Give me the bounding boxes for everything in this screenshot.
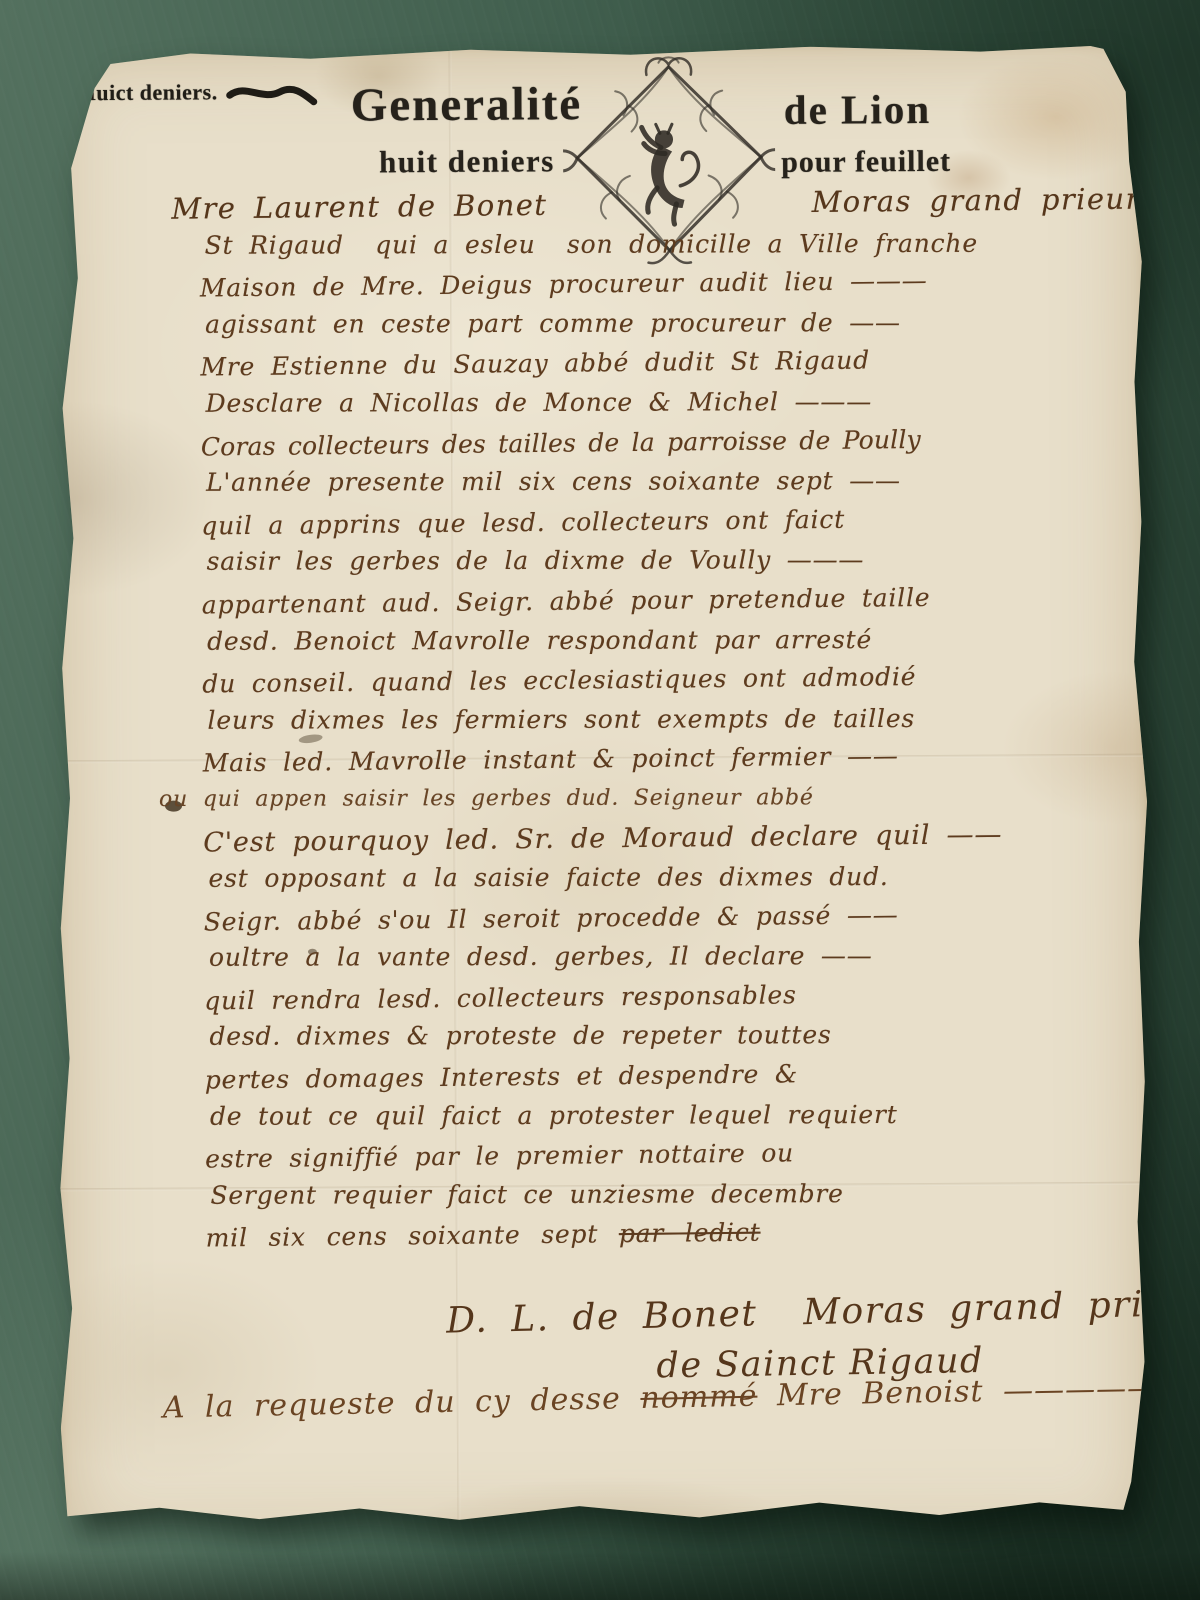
tax-rate-label: Huict deniers. [79,75,318,110]
manuscript-line: de tout ce quil faict a protester lequel… [210,1094,1140,1136]
manuscript-body: Mre Laurent de Bonet Moras grand prieur … [199,182,1141,1257]
photo-of-manuscript: Huict deniers. Generalité huit deniers d… [0,0,1200,1600]
flourish-icon [226,81,318,110]
manuscript-line: Sergent requier faict ce unziesme decemb… [210,1173,1140,1215]
manuscript-paper: Huict deniers. Generalité huit deniers d… [50,42,1151,1551]
manuscript-line: C'est pourquoy led. Sr. de Moraud declar… [203,813,1138,862]
manuscript-line: desd. Benoict Mavrolle respondant par ar… [207,619,1137,661]
signature-name: D. L. de Bonet Moras grand prieur [446,1283,1200,1342]
pour-feuillet-title: pour feuillet [781,145,951,180]
paper-shadow-wrap: Huict deniers. Generalité huit deniers d… [55,45,1147,1547]
manuscript-line: Desclare a Nicollas de Monce & Michel ——… [206,381,1136,423]
huit-deniers-title: huit deniers [379,143,555,180]
manuscript-line: est opposant a la saisie faicte des dixm… [208,856,1138,898]
manuscript-line: mil six cens soixante sept par ledict [205,1209,1140,1258]
generalite-title: Generalité [351,77,583,132]
tax-rate-text: Huict deniers. [79,79,218,106]
manuscript-line: Seigr. abbé s'ou Il seroit procedde & pa… [204,892,1139,941]
manuscript-line: Mre Laurent de Bonet Moras grand prieur … [171,180,1134,230]
manuscript-line: pertes domages Interests et despendre & [205,1051,1140,1100]
manuscript-line: quil rendra lesd. collecteurs responsabl… [204,972,1139,1021]
manuscript-line: quil a apprins que lesd. collecteurs ont… [201,496,1136,545]
manuscript-line: desd. dixmes & proteste de repeter toutt… [209,1015,1139,1057]
manuscript-line: Mre Estienne du Sauzay abbé dudit St Rig… [200,338,1135,387]
manuscript-line: agissant en ceste part comme procureur d… [205,302,1135,344]
manuscript-line: appartenant aud. Seigr. abbé pour preten… [202,576,1137,625]
manuscript-line: saisir les gerbes de la dixme de Voully … [207,540,1137,582]
manuscript-line: estre signiffié par le premier nottaire … [205,1130,1140,1179]
manuscript-line: oultre a la vante desd. gerbes, Il decla… [209,936,1139,978]
manuscript-line: du conseil. quand les ecclesiastiques on… [202,655,1137,704]
manuscript-line: L'année presente mil six cens soixante s… [206,461,1136,503]
manuscript-line: Coras collecteurs des tailles de la parr… [201,417,1136,466]
manuscript-line: ou qui appen saisir les gerbes dud. Seig… [159,777,1138,819]
manuscript-line: Mais led. Mavrolle instant & poinct ferm… [203,734,1138,783]
signature-block: D. L. de Bonet Moras grand prieur de Sai… [50,42,1142,49]
manuscript-line: St Rigaud qui a esleu son domicille a Vi… [205,223,1135,265]
manuscript-line: leurs dixmes les fermiers sont exempts d… [207,698,1137,740]
manuscript-line: Maison de Mre. Deigus procureur audit li… [200,259,1135,308]
de-lion-title: de Lion [784,85,932,134]
